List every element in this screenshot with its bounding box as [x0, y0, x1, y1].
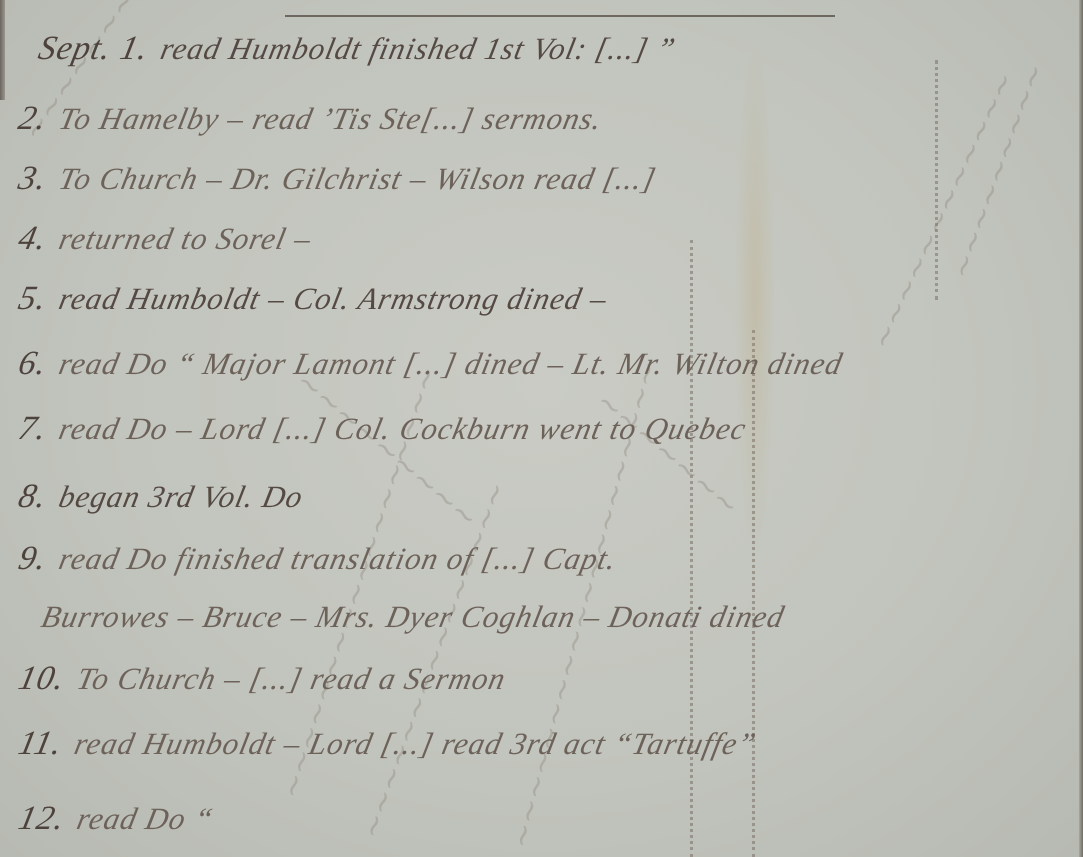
crossed-writing-line: ~~~~~~~~~~~~: [864, 67, 1023, 355]
entry-date: 9.: [15, 540, 50, 577]
entry-date: 4.: [15, 220, 50, 257]
entry-text: began 3rd Vol. Do: [56, 479, 307, 514]
diary-entry: 2. To Hamelby – read ’Tis Ste[...] sermo…: [15, 100, 606, 138]
entry-text: To Church – Dr. Gilchrist – Wilson read …: [56, 161, 660, 196]
diary-entry: 12. read Do “: [15, 800, 217, 838]
crossed-writing-line: ~~~~~~~: [589, 384, 746, 524]
diary-entry: Burrowes – Bruce – Mrs. Dyer Coghlan – D…: [30, 598, 788, 636]
entry-text: Burrowes – Bruce – Mrs. Dyer Coghlan – D…: [38, 599, 788, 634]
entry-text: read Humboldt – Col. Armstrong dined –: [56, 281, 611, 316]
entry-text: read Do – Lord [...] Col. Cockburn went …: [56, 411, 750, 446]
page-right-edge: [1079, 0, 1083, 857]
crossed-writing-line: ~~~~~~~~~: [944, 59, 1054, 284]
entry-text: read Do finished translation of [...] Ca…: [56, 541, 620, 576]
top-rule-line: [285, 15, 835, 17]
diary-entry: 11. read Humboldt – Lord [...] read 3rd …: [15, 725, 760, 763]
diary-entry: 9. read Do finished translation of [...]…: [15, 540, 620, 578]
diary-entry: 7. read Do – Lord [...] Col. Cockburn we…: [15, 410, 750, 448]
entry-date: Sept. 1.: [35, 30, 152, 67]
entry-date: 3.: [15, 160, 50, 197]
entry-text: read Do “ Major Lamont [...] dined – Lt.…: [56, 346, 846, 381]
crossed-writing-dots: [935, 60, 938, 300]
entry-date: 7.: [15, 410, 50, 447]
entry-date: 5.: [15, 280, 50, 317]
entry-date: 12.: [15, 800, 68, 837]
entry-text: To Hamelby – read ’Tis Ste[...] sermons.: [56, 101, 606, 136]
page-binding-edge: [0, 0, 5, 100]
diary-entry: 6. read Do “ Major Lamont [...] dined – …: [15, 345, 846, 383]
crossed-writing-dots: [690, 240, 693, 857]
entry-date: [30, 598, 38, 635]
diary-entry: 5. read Humboldt – Col. Armstrong dined …: [15, 280, 611, 318]
entry-date: 8.: [15, 478, 50, 515]
entry-text: read Do “: [74, 801, 217, 836]
entry-date: 10.: [15, 660, 68, 697]
entry-text: read Humboldt finished 1st Vol: [...] ”: [157, 31, 679, 66]
diary-entry: 8. began 3rd Vol. Do: [15, 478, 307, 516]
diary-entry: 10. To Church – [...] read a Sermon: [15, 660, 510, 698]
entry-date: 2.: [15, 100, 50, 137]
manuscript-page: ~~~~~~~~~~ ~~~~~~~~~~~~~~~~~~ ~~~~~~~~~~…: [0, 0, 1083, 857]
entry-text: To Church – [...] read a Sermon: [74, 661, 509, 696]
paper-stain: [735, 40, 775, 560]
entry-date: 11.: [15, 725, 66, 762]
diary-entry: 4. returned to Sorel –: [15, 220, 315, 258]
diary-entry: 3. To Church – Dr. Gilchrist – Wilson re…: [15, 160, 660, 198]
entry-text: returned to Sorel –: [56, 221, 315, 256]
crossed-writing-line: ~~~~~~~~~: [289, 364, 485, 536]
entry-text: read Humboldt – Lord [...] read 3rd act …: [71, 726, 759, 761]
diary-entry: Sept. 1. read Humboldt finished 1st Vol:…: [35, 30, 679, 68]
entry-date: 6.: [15, 345, 50, 382]
